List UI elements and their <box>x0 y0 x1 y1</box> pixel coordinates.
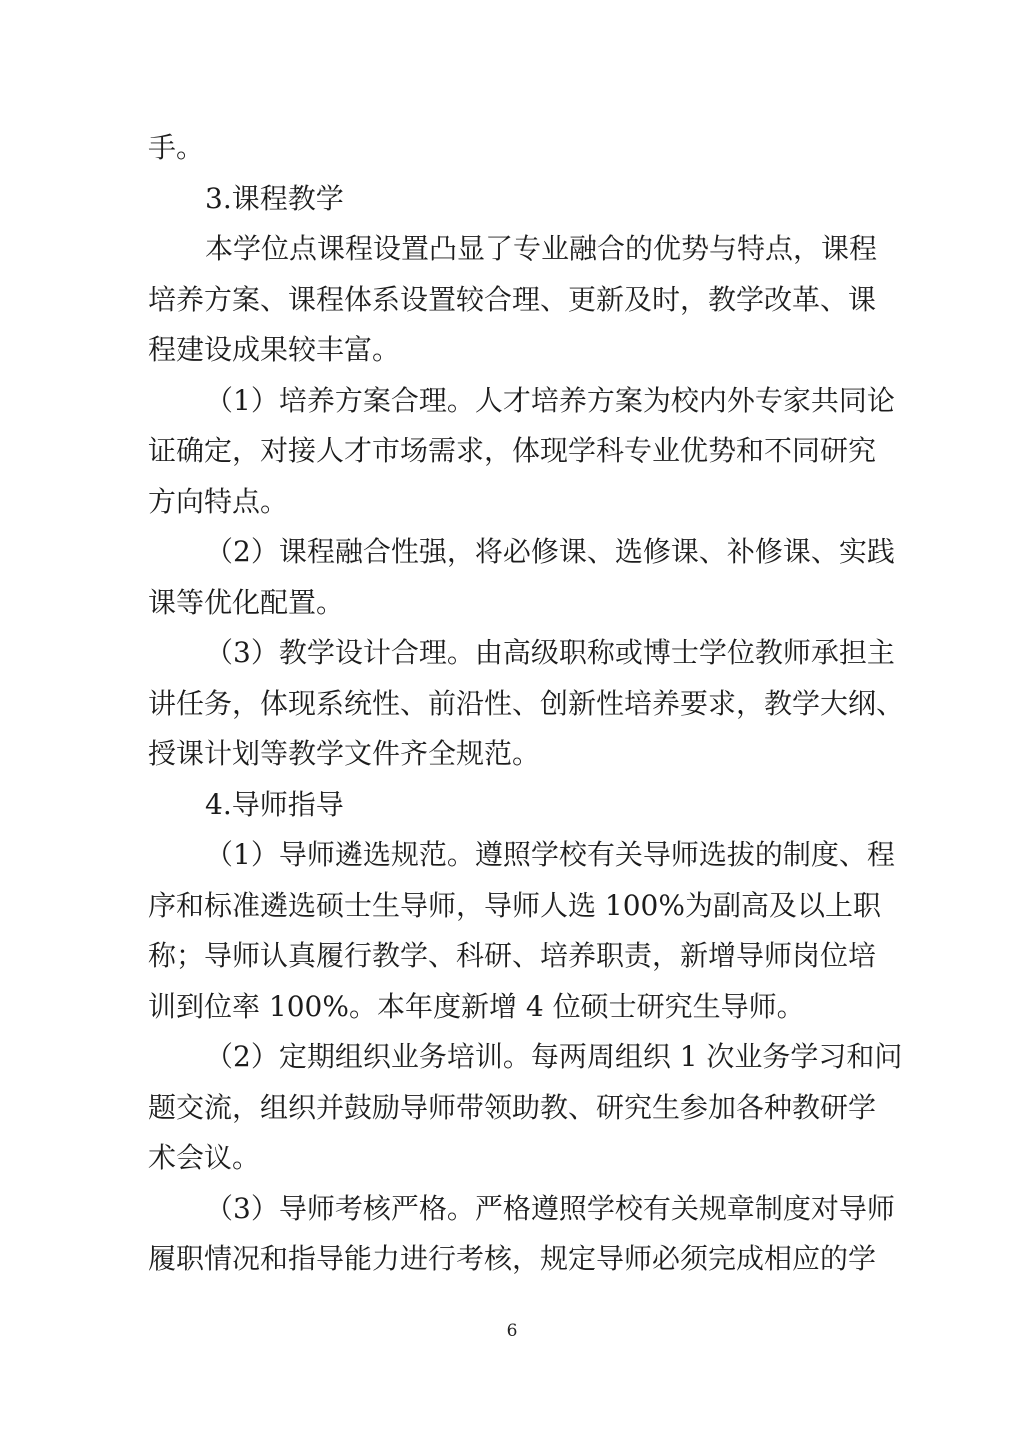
text-line: 程建设成果较丰富。 <box>148 325 874 376</box>
document-page: 手。3.课程教学本学位点课程设置凸显了专业融合的优势与特点，课程培养方案、课程体… <box>0 0 1024 1448</box>
text-line: 术会议。 <box>148 1133 874 1184</box>
text-line: 4.导师指导 <box>148 780 874 831</box>
text-line: 本学位点课程设置凸显了专业融合的优势与特点，课程 <box>148 224 874 275</box>
text-line: 训到位率 100%。本年度新增 4 位硕士研究生导师。 <box>148 982 874 1033</box>
text-line: 题交流，组织并鼓励导师带领助教、研究生参加各种教研学 <box>148 1083 874 1134</box>
text-line: 授课计划等教学文件齐全规范。 <box>148 729 874 780</box>
text-line: （1）导师遴选规范。遵照学校有关导师选拔的制度、程 <box>148 830 874 881</box>
text-line: （2）定期组织业务培训。每两周组织 1 次业务学习和问 <box>148 1032 874 1083</box>
text-line: 课等优化配置。 <box>148 578 874 629</box>
text-body: 手。3.课程教学本学位点课程设置凸显了专业融合的优势与特点，课程培养方案、课程体… <box>148 123 874 1285</box>
text-line: 讲任务，体现系统性、前沿性、创新性培养要求，教学大纲、 <box>148 679 874 730</box>
text-line: 证确定，对接人才市场需求，体现学科专业优势和不同研究 <box>148 426 874 477</box>
text-line: 序和标准遴选硕士生导师，导师人选 100%为副高及以上职 <box>148 881 874 932</box>
text-line: 方向特点。 <box>148 477 874 528</box>
text-line: 履职情况和指导能力进行考核，规定导师必须完成相应的学 <box>148 1234 874 1285</box>
text-line: 培养方案、课程体系设置较合理、更新及时，教学改革、课 <box>148 275 874 326</box>
text-line: 3.课程教学 <box>148 174 874 225</box>
page-number: 6 <box>0 1320 1024 1342</box>
text-line: （1）培养方案合理。人才培养方案为校内外专家共同论 <box>148 376 874 427</box>
text-line: （3）导师考核严格。严格遵照学校有关规章制度对导师 <box>148 1184 874 1235</box>
text-line: （3）教学设计合理。由高级职称或博士学位教师承担主 <box>148 628 874 679</box>
text-line: 称；导师认真履行教学、科研、培养职责，新增导师岗位培 <box>148 931 874 982</box>
text-line: （2）课程融合性强，将必修课、选修课、补修课、实践 <box>148 527 874 578</box>
text-line: 手。 <box>148 123 874 174</box>
